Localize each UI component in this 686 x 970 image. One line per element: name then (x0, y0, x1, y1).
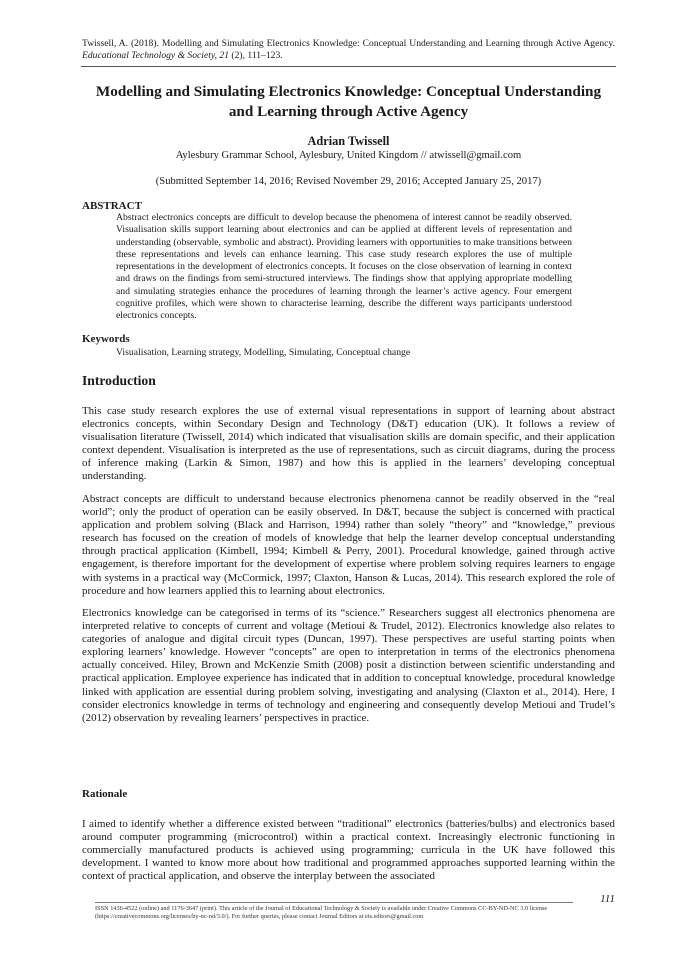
submission-dates: (Submitted September 14, 2016; Revised N… (82, 176, 615, 187)
citation-issue: (2), 111–123. (229, 50, 283, 61)
citation-journal: Educational Technology & Society, 21 (82, 50, 229, 61)
author-name: Adrian Twissell (82, 134, 615, 149)
footer-rule (95, 902, 573, 903)
page-number: 111 (590, 893, 615, 905)
keywords-text: Visualisation, Learning strategy, Modell… (116, 347, 572, 358)
intro-paragraph: Abstract concepts are difficult to under… (82, 493, 615, 598)
citation-text: Twissell, A. (2018). Modelling and Simul… (82, 38, 615, 49)
rationale-heading: Rationale (82, 788, 127, 800)
introduction-heading: Introduction (82, 373, 156, 389)
header-rule (81, 66, 616, 67)
paper-title: Modelling and Simulating Electronics Kno… (82, 82, 615, 122)
intro-paragraph: Electronics knowledge can be categorised… (82, 607, 615, 725)
license-footnote: ISSN 1436-4522 (online) and 1176-3647 (p… (95, 905, 575, 922)
abstract-text: Abstract electronics concepts are diffic… (116, 212, 572, 323)
author-affiliation: Aylesbury Grammar School, Aylesbury, Uni… (82, 150, 615, 161)
abstract-heading: ABSTRACT (82, 200, 142, 212)
intro-paragraph: This case study research explores the us… (82, 405, 615, 484)
keywords-heading: Keywords (82, 333, 130, 345)
citation-header: Twissell, A. (2018). Modelling and Simul… (82, 38, 615, 62)
rationale-paragraph: I aimed to identify whether a difference… (82, 818, 615, 883)
